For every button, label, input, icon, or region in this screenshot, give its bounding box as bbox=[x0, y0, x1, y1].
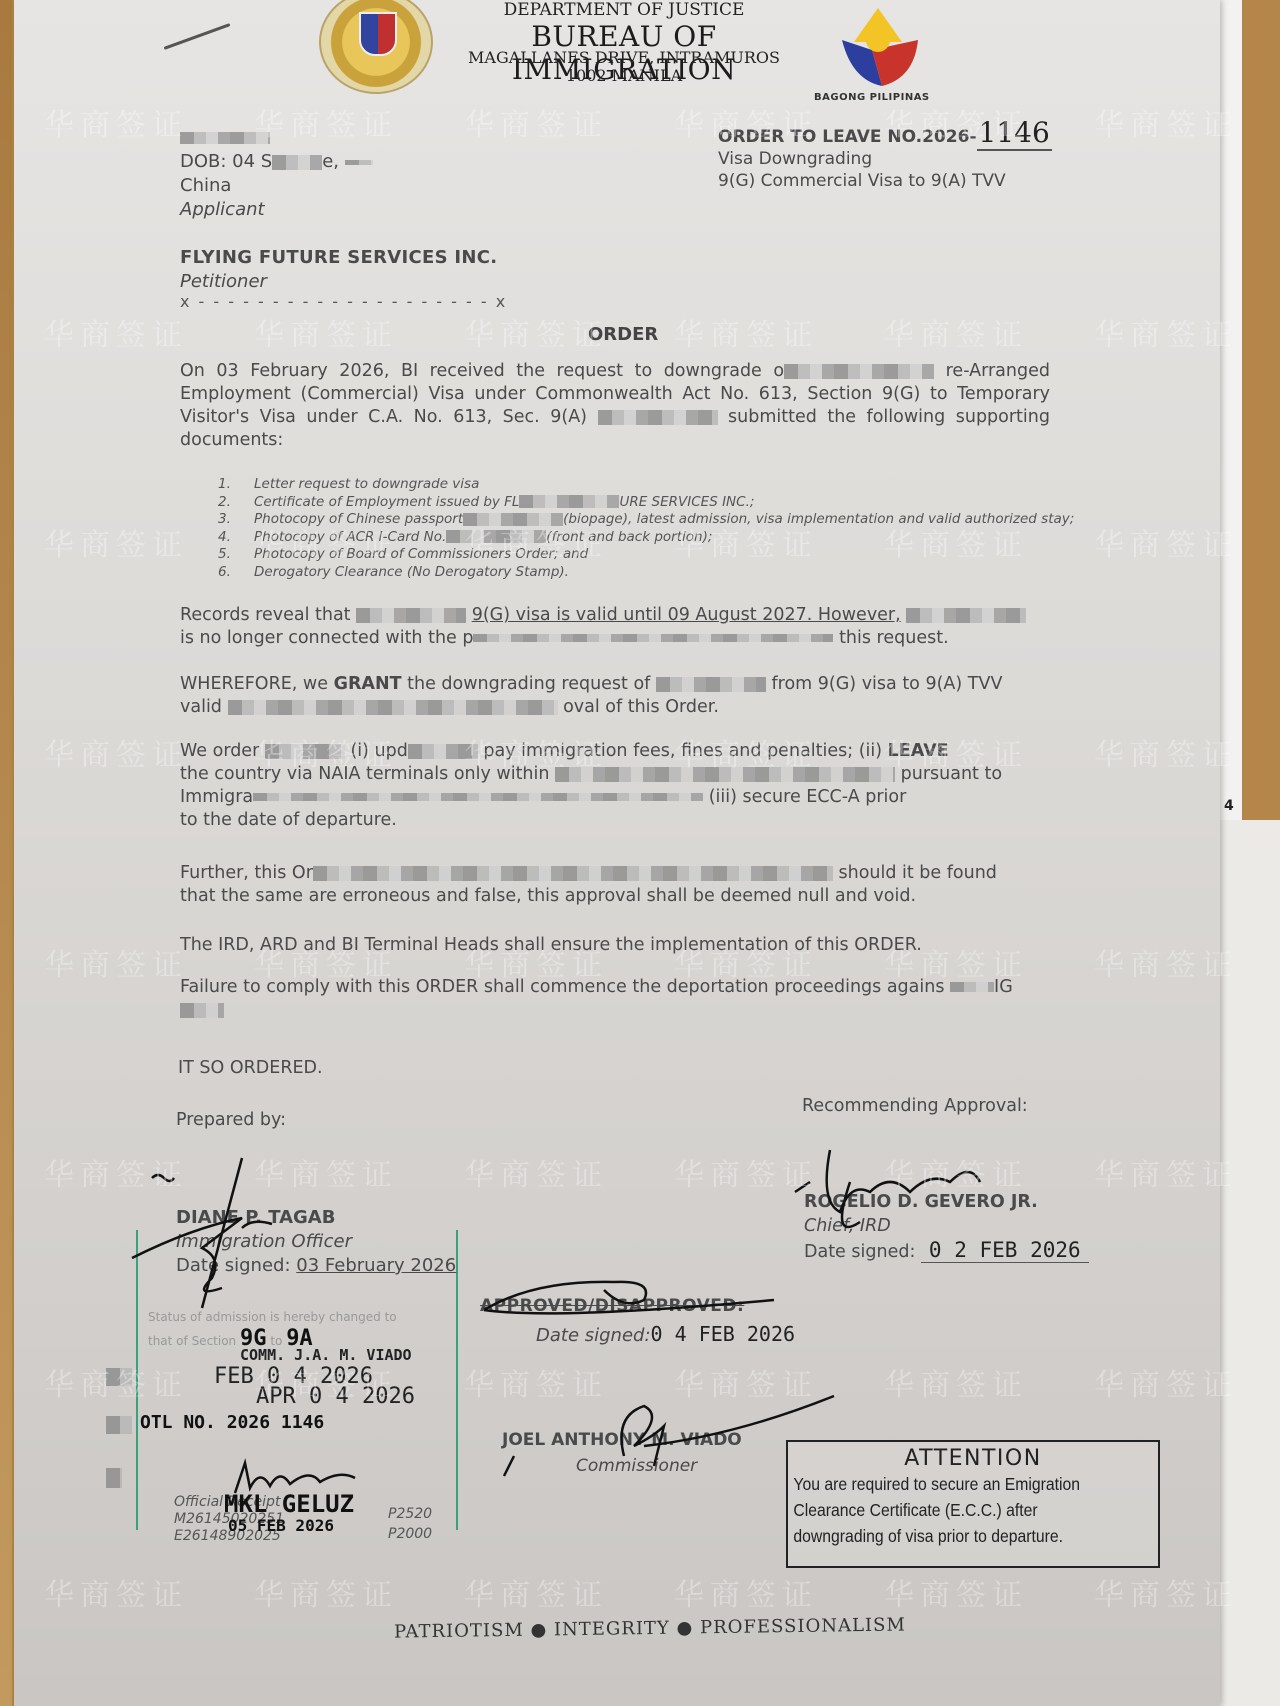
bureau-motto: PATRIOTISM ● INTEGRITY ● PROFESSIONALISM bbox=[394, 1614, 906, 1642]
separator-line: x - - - - - - - - - - - - - - - - - - - … bbox=[180, 292, 507, 311]
side-tab-mark: 4 bbox=[1224, 798, 1234, 814]
recommending-date: 0 2 FEB 2026 bbox=[921, 1238, 1089, 1263]
supporting-documents-list: 1.Letter request to downgrade visa2.Cert… bbox=[218, 476, 1074, 581]
watermark-text: 华商签证 bbox=[254, 310, 398, 354]
order-to-leave-title: ORDER TO LEAVE NO.2026- bbox=[718, 127, 977, 147]
records-paragraph: Records reveal that 9(G) visa is valid u… bbox=[180, 604, 1050, 650]
watermark-text: 华商签证 bbox=[1094, 940, 1238, 984]
watermark-text: 华商签证 bbox=[674, 310, 818, 354]
watermark-text: 华商签证 bbox=[44, 940, 188, 984]
applicant-block: DOB: 04 Se, China Applicant bbox=[180, 126, 373, 222]
bagong-pilipinas-logo-icon bbox=[832, 0, 924, 90]
watermark-text: 华商签证 bbox=[1094, 1570, 1238, 1614]
petitioner-role: Petitioner bbox=[180, 270, 497, 294]
applicant-role: Applicant bbox=[180, 198, 373, 222]
attention-body: You are required to secure an Emigration… bbox=[788, 1471, 1121, 1549]
further-paragraph: Further, this Or should it be found that… bbox=[180, 862, 1050, 908]
watermark-text: 华商签证 bbox=[464, 310, 608, 354]
watermark-text: 华商签证 bbox=[1094, 730, 1238, 774]
nationality: China bbox=[180, 174, 373, 198]
watermark-text: 华商签证 bbox=[674, 1570, 818, 1614]
dob-label: DOB: 04 S bbox=[180, 151, 272, 172]
petitioner-name: FLYING FUTURE SERVICES INC. bbox=[180, 246, 497, 270]
wherefore-paragraph: WHEREFORE, we GRANT the downgrading requ… bbox=[180, 673, 1050, 719]
watermark-text: 华商签证 bbox=[44, 1570, 188, 1614]
recommending-signature-icon bbox=[790, 1142, 1010, 1232]
stamp-date2: APR 0 4 2026 bbox=[256, 1384, 415, 1409]
we-order-paragraph: We order (i) upd pay immigration fees, f… bbox=[180, 740, 1050, 832]
attention-notice: ATTENTION You are required to secure an … bbox=[786, 1440, 1160, 1568]
petitioner-block: FLYING FUTURE SERVICES INC. Petitioner bbox=[180, 246, 497, 294]
order-heading: ORDER bbox=[588, 324, 658, 345]
document-list-item: 6.Derogatory Clearance (No Derogatory St… bbox=[218, 564, 1074, 582]
clerk-signature-icon bbox=[230, 1458, 360, 1498]
pen-mark bbox=[164, 23, 231, 50]
watermark-text: 华商签证 bbox=[44, 730, 188, 774]
ird-paragraph: The IRD, ARD and BI Terminal Heads shall… bbox=[180, 934, 1050, 957]
watermark-text: 华商签证 bbox=[1094, 100, 1238, 144]
commissioner-signature-icon bbox=[494, 1396, 834, 1496]
address-line1: MAGALLANES DRIVE, INTRAMUROS bbox=[434, 48, 814, 67]
document-list-item: 3.Photocopy of Chinese passport(biopage)… bbox=[218, 511, 1074, 529]
department-name: DEPARTMENT OF JUSTICE bbox=[444, 0, 804, 20]
document-list-item: 4.Photocopy of ACR I-Card No.(front and … bbox=[218, 529, 1074, 547]
watermark-text: 华商签证 bbox=[884, 310, 1028, 354]
bureau-seal-icon bbox=[319, 0, 433, 94]
watermark-text: 华商签证 bbox=[464, 1150, 608, 1194]
recommending-date-label: Date signed: bbox=[804, 1242, 915, 1262]
document-list-item: 1.Letter request to downgrade visa bbox=[218, 476, 1074, 494]
approval-signature-icon bbox=[474, 1270, 784, 1330]
redacted-name bbox=[180, 132, 270, 144]
folder-edge bbox=[0, 0, 12, 1706]
redacted-dob bbox=[272, 155, 322, 170]
watermark-text: 华商签证 bbox=[1094, 520, 1238, 564]
watermark-text: 华商签证 bbox=[464, 1570, 608, 1614]
document-list-item: 2.Certificate of Employment issued by FL… bbox=[218, 494, 1074, 512]
visa-conversion: 9(G) Commercial Visa to 9(A) TVV bbox=[718, 170, 1052, 192]
order-type: Visa Downgrading bbox=[718, 148, 1052, 170]
order-number: 1146 bbox=[977, 116, 1052, 151]
recommending-approval-label: Recommending Approval: bbox=[802, 1096, 1028, 1116]
failure-paragraph: Failure to comply with this ORDER shall … bbox=[180, 976, 1050, 1022]
watermark-text: 华商签证 bbox=[1094, 1150, 1238, 1194]
otl-note: OTL NO. 2026 1146 bbox=[140, 1412, 324, 1433]
watermark-text: 华商签证 bbox=[1094, 1360, 1238, 1404]
watermark-text: 华商签证 bbox=[1094, 310, 1238, 354]
order-info: ORDER TO LEAVE NO.2026-1146 Visa Downgra… bbox=[718, 122, 1052, 192]
closing-statement: IT SO ORDERED. bbox=[178, 1058, 323, 1078]
clerk-date: 05 FEB 2026 bbox=[228, 1516, 334, 1535]
watermark-text: 华商签证 bbox=[464, 100, 608, 144]
watermark-text: 华商签证 bbox=[884, 1570, 1028, 1614]
watermark-text: 华商签证 bbox=[254, 1570, 398, 1614]
attention-title: ATTENTION bbox=[788, 1446, 1158, 1471]
document-list-item: 5.Photocopy of Board of Commissioners Or… bbox=[218, 546, 1074, 564]
prepared-signature-icon bbox=[132, 1158, 372, 1308]
fee-amounts: P2520 P2000 bbox=[388, 1504, 432, 1544]
address-line2: 1002 MANILA bbox=[434, 66, 814, 85]
stamp-authority: COMM. J.A. M. VIADO bbox=[240, 1346, 412, 1364]
intro-paragraph: On 03 February 2026, BI received the req… bbox=[180, 360, 1050, 452]
document-page: DEPARTMENT OF JUSTICE BUREAU OF IMMIGRAT… bbox=[14, 0, 1220, 1706]
watermark-text: 华商签证 bbox=[44, 520, 188, 564]
watermark-text: 华商签证 bbox=[44, 310, 188, 354]
prepared-by-label: Prepared by: bbox=[176, 1110, 286, 1130]
watermark-text: 华商签证 bbox=[44, 100, 188, 144]
bagong-pilipinas-caption: BAGONG PILIPINAS bbox=[814, 92, 930, 103]
watermark-text: 华商签证 bbox=[884, 1360, 1028, 1404]
